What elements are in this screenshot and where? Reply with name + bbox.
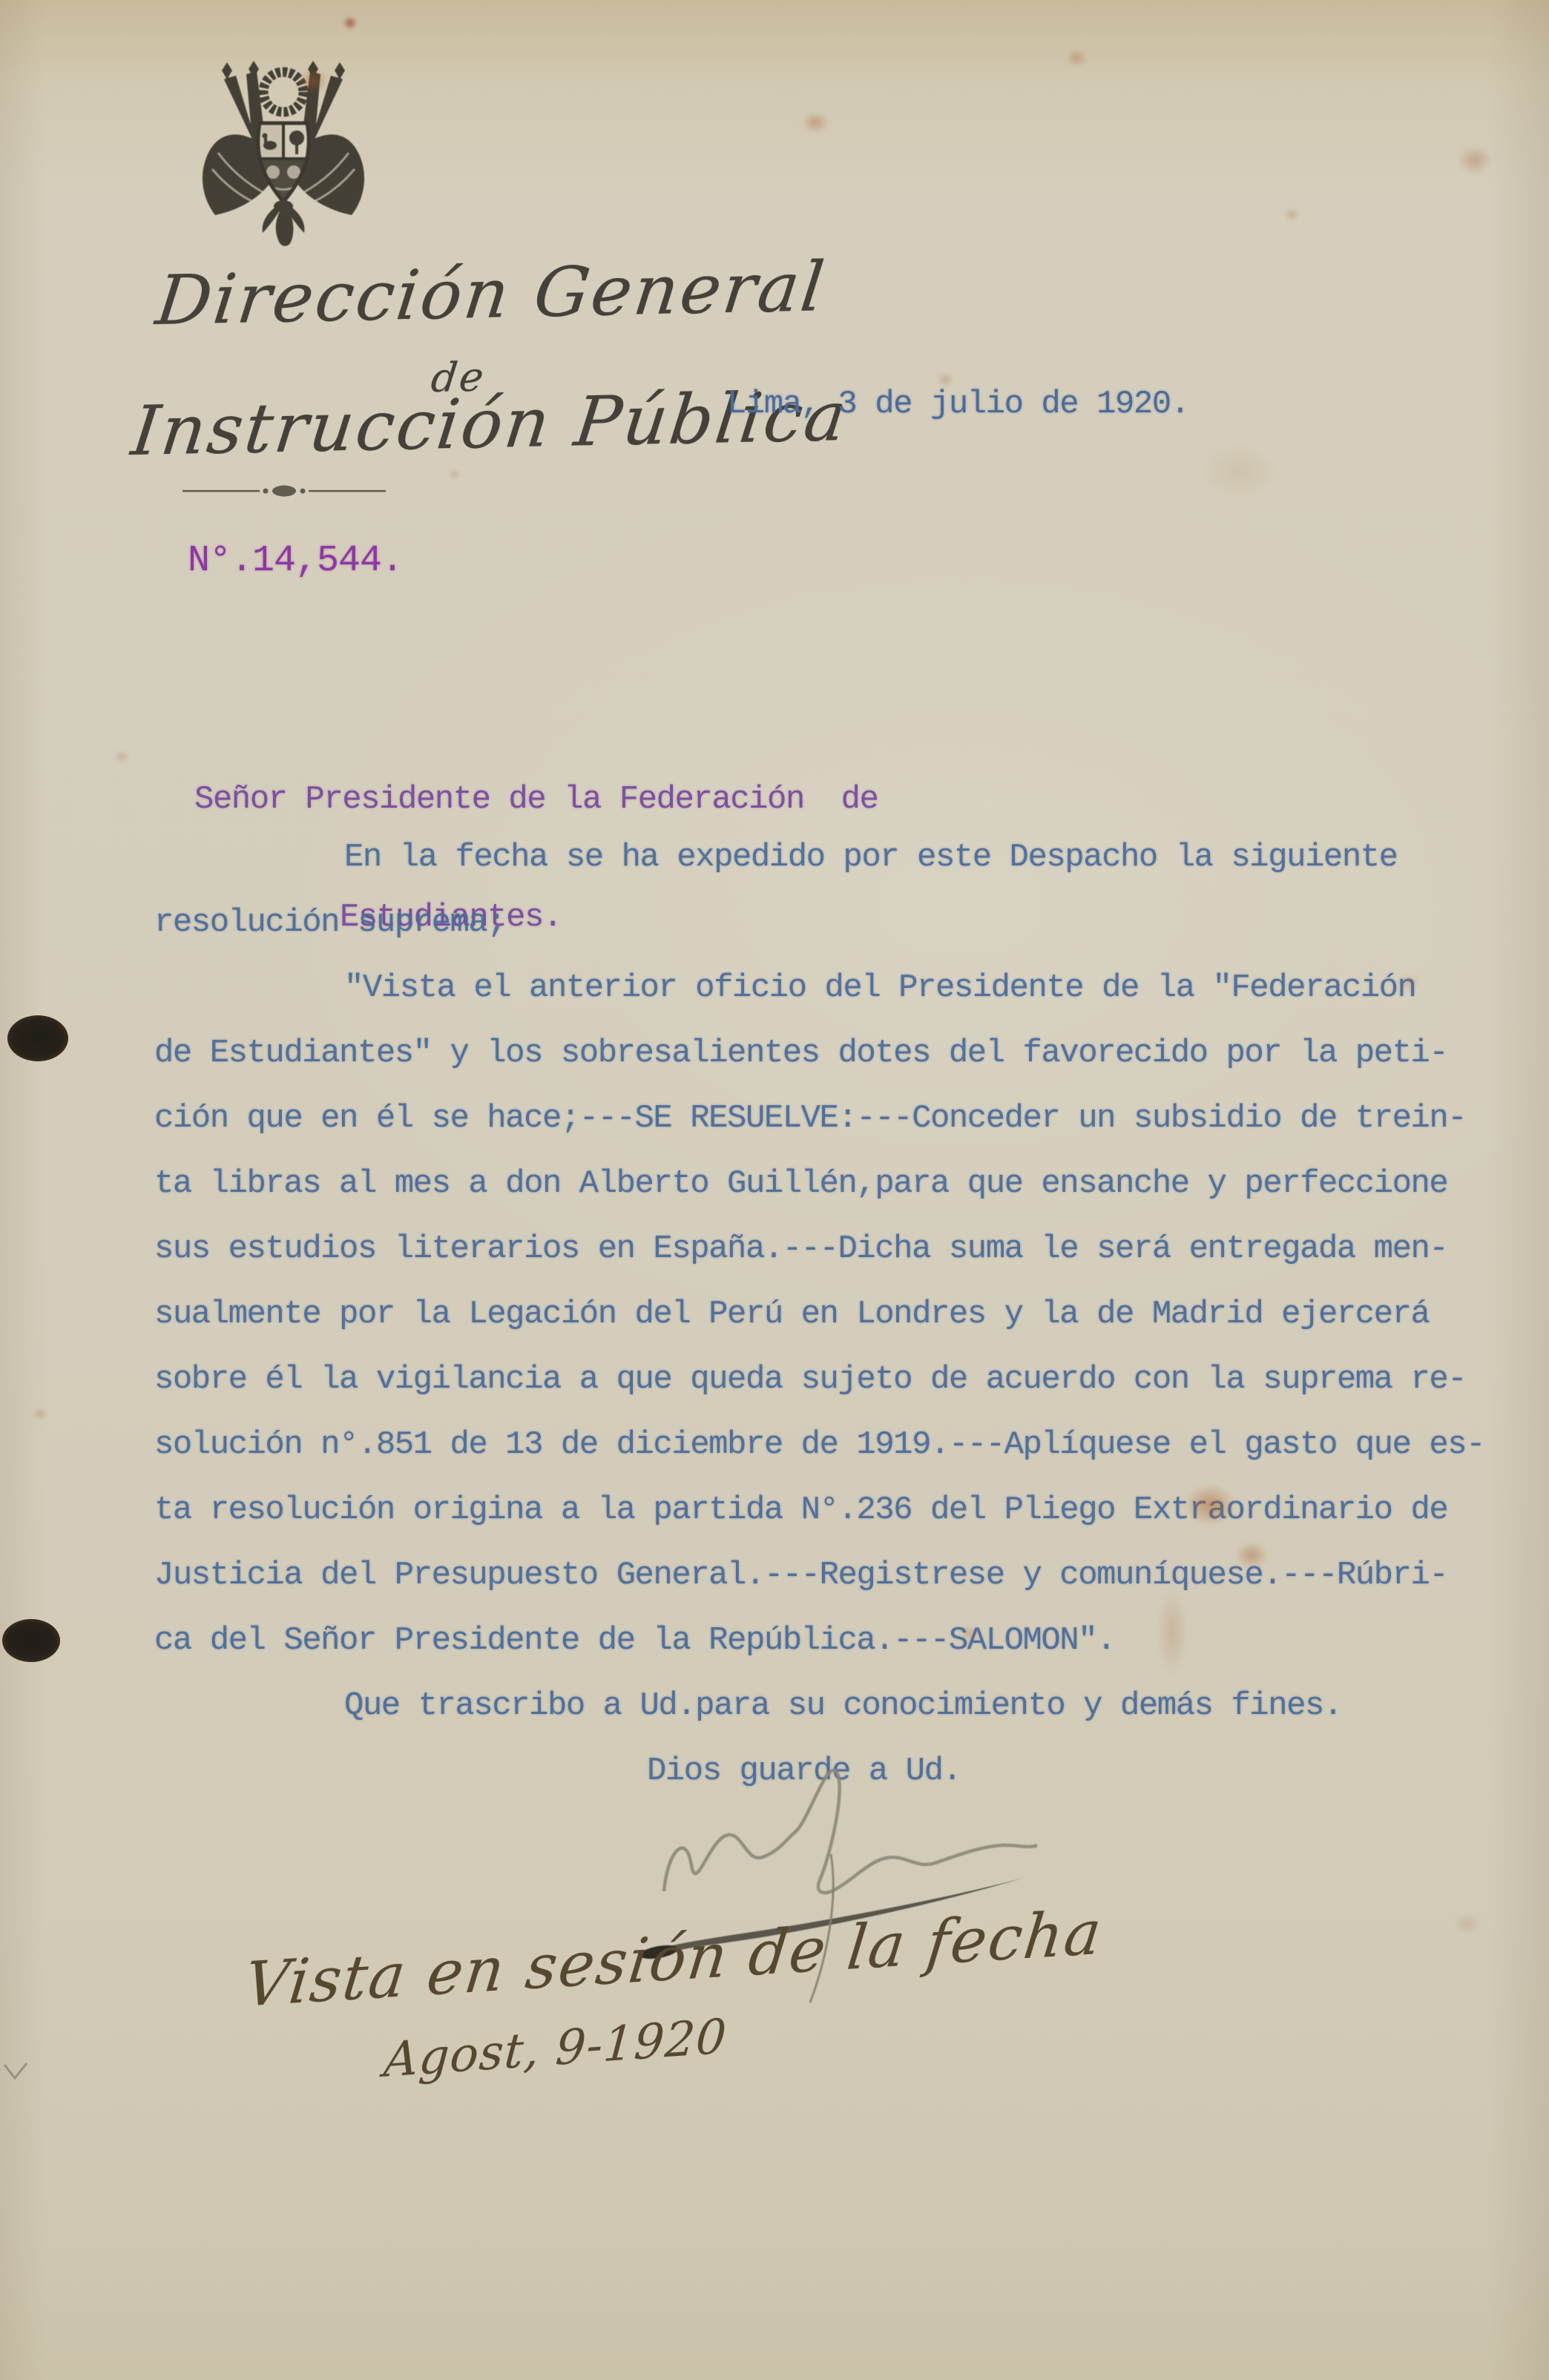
date-line: Lima, 3 de julio de 1920. xyxy=(727,386,1189,423)
age-stain xyxy=(1157,1587,1187,1676)
body-line: Que trascribo a Ud.para su conocimiento … xyxy=(154,1673,1490,1738)
age-stain xyxy=(1202,445,1276,497)
body-line: "Vista el anterior oficio del Presidente… xyxy=(154,955,1490,1021)
age-stain xyxy=(33,1408,47,1420)
body-line: En la fecha se ha expedido por este Desp… xyxy=(154,825,1490,890)
recipient-line1: Señor Presidente de la Federación de xyxy=(194,780,878,820)
age-stain xyxy=(297,68,329,93)
body-line: sualmente por la Legación del Perú en Lo… xyxy=(154,1282,1490,1347)
body-line: resolución suprema; xyxy=(154,890,1490,955)
scanned-letter-page: Dirección General de Instrucción Pública… xyxy=(0,0,1549,2380)
body-line: sus estudios literarios en España.---Dic… xyxy=(154,1216,1490,1282)
age-stain xyxy=(801,111,829,133)
body-line: solución n°.851 de 13 de diciembre de 19… xyxy=(154,1412,1490,1477)
letterhead-divider-ornament xyxy=(181,482,387,500)
body-line: ta resolución origina a la partida N°.23… xyxy=(154,1477,1490,1543)
body-line: de Estudiantes" y los sobresalientes dot… xyxy=(154,1021,1490,1086)
age-stain xyxy=(936,372,954,387)
age-stain xyxy=(343,16,358,30)
age-stain xyxy=(1184,1483,1236,1526)
body-line: sobre él la vigilancia a que queda sujet… xyxy=(154,1347,1490,1412)
body-line: Justicia del Presupuesto General.---Regi… xyxy=(154,1543,1490,1608)
age-stain xyxy=(1398,973,1420,991)
punch-hole-top xyxy=(7,1015,68,1061)
letter-body: En la fecha se ha expedido por este Desp… xyxy=(154,825,1490,1804)
age-stain xyxy=(1283,208,1300,221)
age-stain xyxy=(1234,1541,1269,1569)
body-line: ción que en él se hace;---SE RESUELVE:--… xyxy=(154,1086,1490,1151)
age-stain xyxy=(1065,49,1088,67)
age-stain xyxy=(114,751,129,762)
body-line: ca del Señor Presidente de la República.… xyxy=(154,1608,1490,1673)
age-stain xyxy=(960,1626,979,1641)
body-line: ta libras al mes a don Alberto Guillén,p… xyxy=(154,1151,1490,1216)
age-stain xyxy=(1457,145,1493,175)
document-number: N°.14,544. xyxy=(188,540,403,582)
handwritten-note-line2: Agost, 9-1920 xyxy=(382,2009,729,2089)
age-stain xyxy=(1454,1913,1481,1934)
punch-hole-bottom xyxy=(2,1619,60,1662)
pencil-check-icon xyxy=(3,2062,28,2081)
letterhead-org-line1: Dirección General xyxy=(152,247,830,340)
age-stain xyxy=(448,469,461,479)
